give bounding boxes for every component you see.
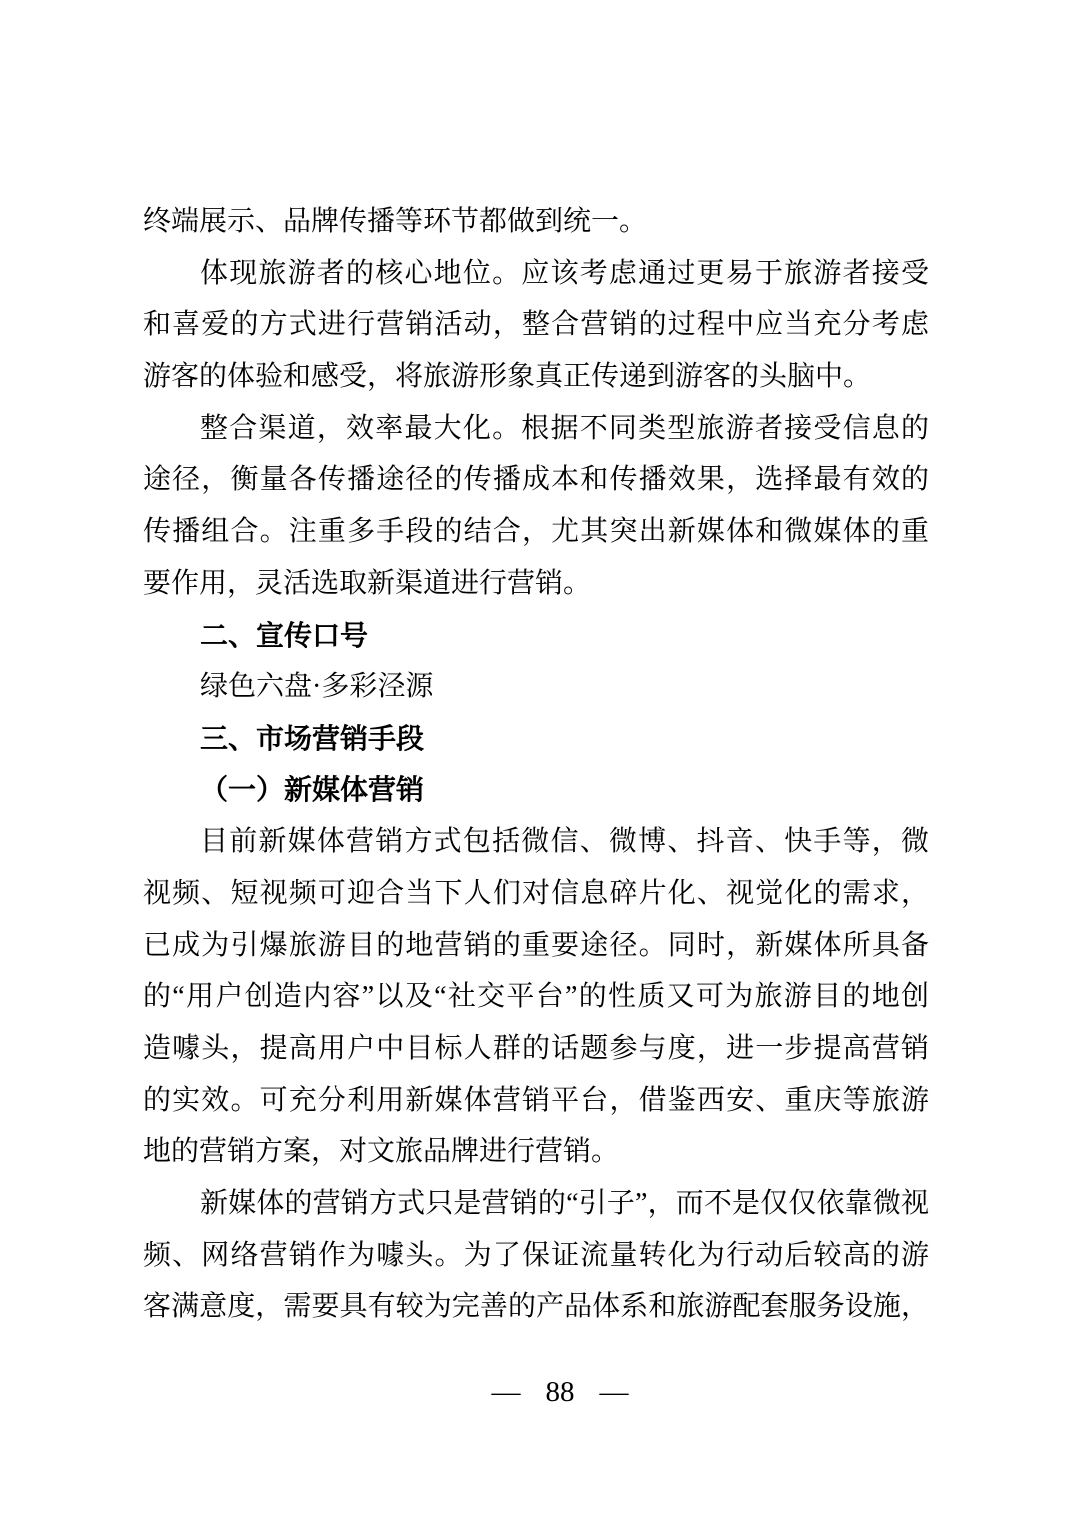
paragraph-line: 地的营销方案，对文旅品牌进行营销。 (143, 1126, 929, 1178)
paragraph-line: 整合渠道，效率最大化。根据不同类型旅游者接受信息的 (143, 403, 929, 455)
page-footer: — 88 — (492, 1372, 629, 1412)
footer-dash-left: — (492, 1372, 521, 1412)
paragraph-line: 新媒体的营销方式只是营销的“引子”，而不是仅仅依靠微视 (143, 1178, 929, 1230)
paragraph-line: 要作用，灵活选取新渠道进行营销。 (143, 558, 929, 610)
heading-line: 三、市场营销手段 (143, 713, 929, 765)
paragraph-line: 传播组合。注重多手段的结合，尤其突出新媒体和微媒体的重 (143, 506, 929, 558)
paragraph-line: 客满意度，需要具有较为完善的产品体系和旅游配套服务设施， (143, 1281, 929, 1333)
paragraph-line: 和喜爱的方式进行营销活动，整合营销的过程中应当充分考虑 (143, 299, 929, 351)
footer-dash-right: — (600, 1372, 629, 1412)
paragraph-line: 体现旅游者的核心地位。应该考虑通过更易于旅游者接受 (143, 248, 929, 300)
paragraph-line: 已成为引爆旅游目的地营销的重要途径。同时，新媒体所具备 (143, 920, 929, 972)
paragraph-line: 目前新媒体营销方式包括微信、微博、抖音、快手等，微 (143, 816, 929, 868)
paragraph-line: 造噱头，提高用户中目标人群的话题参与度，进一步提高营销 (143, 1023, 929, 1075)
paragraph-line: 途径，衡量各传播途径的传播成本和传播效果，选择最有效的 (143, 454, 929, 506)
subheading-line: （一）新媒体营销 (143, 765, 929, 817)
heading-line: 二、宣传口号 (143, 610, 929, 662)
page-body: 终端展示、品牌传播等环节都做到统一。体现旅游者的核心地位。应该考虑通过更易于旅游… (143, 196, 929, 1333)
paragraph-line: 的实效。可充分利用新媒体营销平台，借鉴西安、重庆等旅游 (143, 1075, 929, 1127)
paragraph-line: 频、网络营销作为噱头。为了保证流量转化为行动后较高的游 (143, 1230, 929, 1282)
document-page: 终端展示、品牌传播等环节都做到统一。体现旅游者的核心地位。应该考虑通过更易于旅游… (0, 0, 1070, 1515)
page-number: 88 (546, 1372, 575, 1412)
paragraph-line: 绿色六盘·多彩泾源 (143, 661, 929, 713)
paragraph-line: 终端展示、品牌传播等环节都做到统一。 (143, 196, 929, 248)
paragraph-line: 游客的体验和感受，将旅游形象真正传递到游客的头脑中。 (143, 351, 929, 403)
paragraph-line: 视频、短视频可迎合当下人们对信息碎片化、视觉化的需求， (143, 868, 929, 920)
paragraph-line: 的“用户创造内容”以及“社交平台”的性质又可为旅游目的地创 (143, 971, 929, 1023)
